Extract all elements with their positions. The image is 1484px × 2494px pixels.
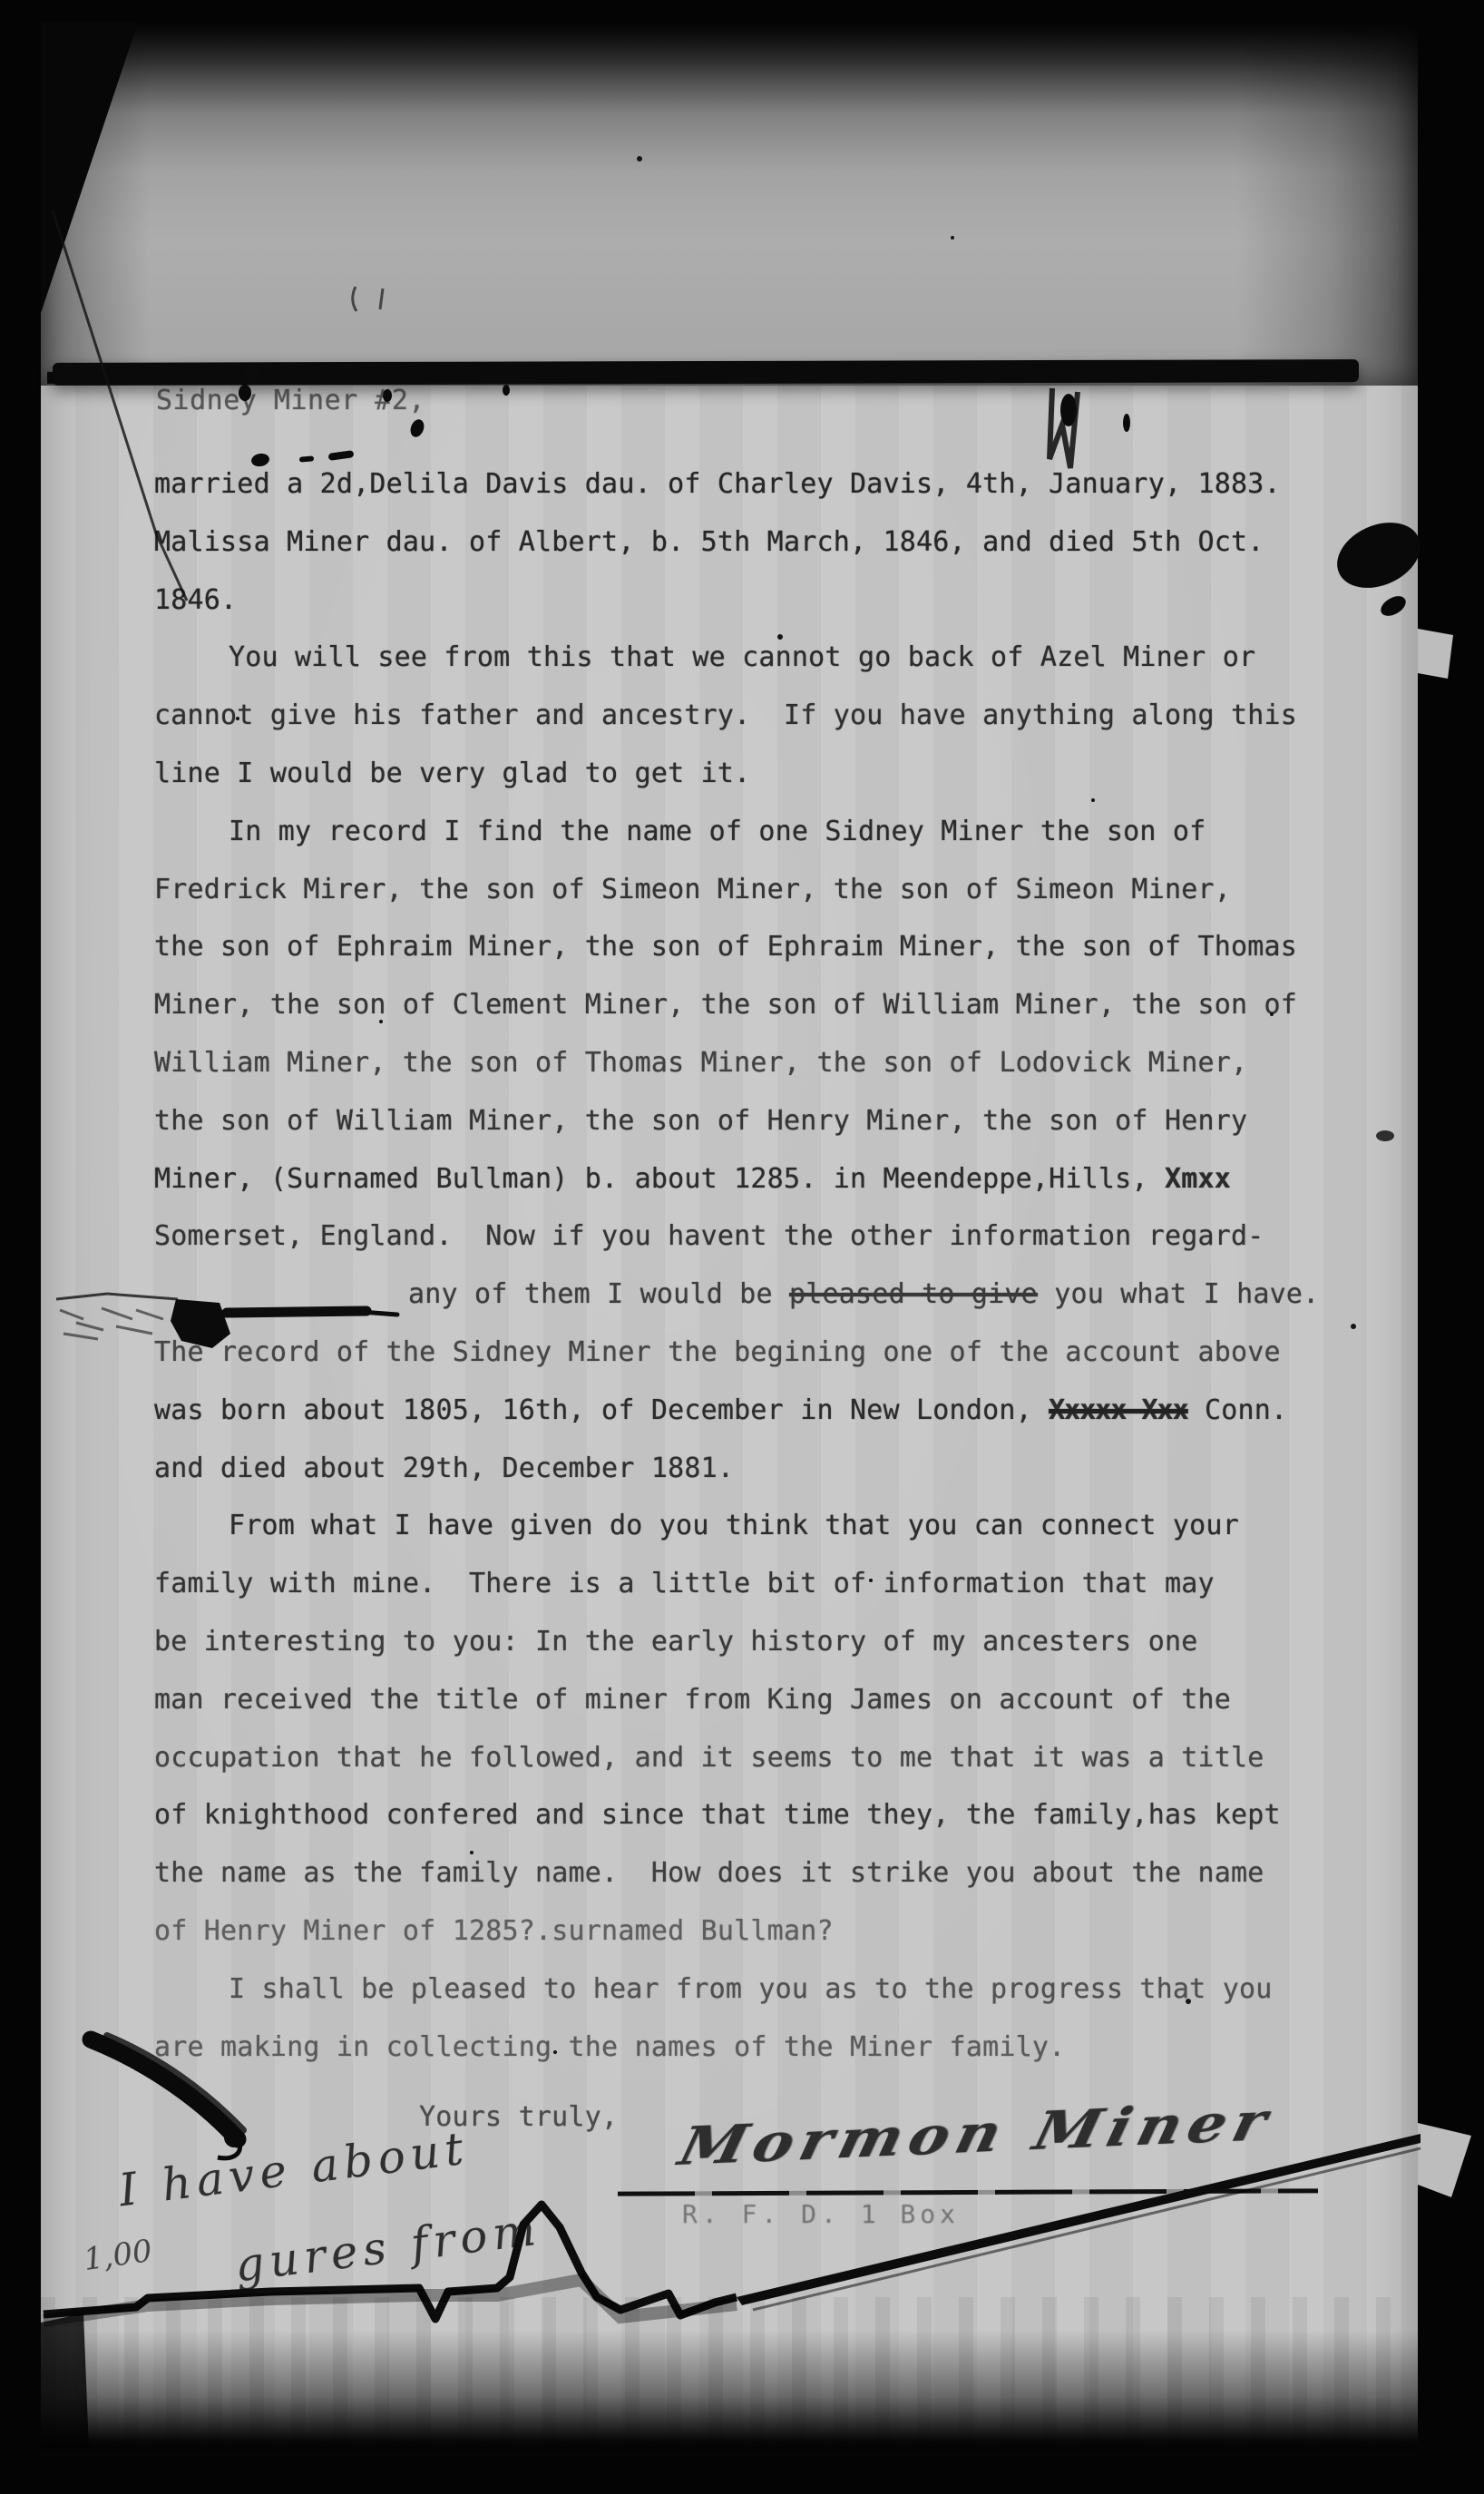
typed-line: be interesting to you: In the early hist…	[154, 1613, 1333, 1671]
typed-segment: cannot give his father and ancestry. If …	[154, 699, 1297, 731]
typed-segment: any of them I would be	[408, 1278, 789, 1310]
scanned-letter-page: Sidney Miner #2, married a 2d,Delila Dav…	[0, 0, 1484, 2494]
typed-segment: are making in collecting the names of th…	[154, 2031, 1065, 2063]
typed-segment: Conn.	[1188, 1394, 1288, 1426]
typed-segment: was born about 1805, 16th, of December i…	[154, 1394, 1049, 1426]
typed-segment: I shall be pleased to hear from you as t…	[229, 1973, 1272, 2005]
typed-line: I shall be pleased to hear from you as t…	[154, 1961, 1333, 2019]
typed-segment: You will see from this that we cannot go…	[229, 641, 1255, 673]
typed-line: the son of Ephraim Miner, the son of Eph…	[154, 918, 1333, 976]
typed-segment: the son of William Miner, the son of Hen…	[154, 1105, 1247, 1137]
typed-segment: Malissa Miner dau. of Albert, b. 5th Mar…	[154, 526, 1264, 558]
typed-line: In my record I find the name of one Sidn…	[154, 803, 1333, 861]
typed-line: and died about 29th, December 1881.	[154, 1440, 1333, 1498]
ink-smear-band	[53, 359, 1359, 386]
typed-line: You will see from this that we cannot go…	[154, 629, 1333, 687]
typed-line: any of them I would be pleased to give y…	[154, 1266, 1333, 1324]
typed-segment: William Miner, the son of Thomas Miner, …	[154, 1047, 1247, 1079]
typed-line: the name as the family name. How does it…	[154, 1844, 1333, 1902]
typed-line: Miner, the son of Clement Miner, the son…	[154, 976, 1333, 1034]
typed-segment: pleased to give	[789, 1278, 1038, 1310]
typed-segment: the son of Ephraim Miner, the son of Eph…	[154, 931, 1297, 963]
typed-segment: Miner, (Surnamed Bullman) b. about 1285.…	[154, 1163, 1165, 1195]
typed-segment: 1846.	[154, 584, 237, 616]
typed-line: are making in collecting the names of th…	[154, 2019, 1333, 2077]
typed-segment: Xxxxx Xxx	[1049, 1394, 1188, 1426]
typed-segment: Somerset, England. Now if you havent the…	[154, 1220, 1264, 1252]
typed-line: Miner, (Surnamed Bullman) b. about 1285.…	[154, 1150, 1333, 1208]
typed-line: Somerset, England. Now if you havent the…	[154, 1208, 1333, 1266]
typed-line: was born about 1805, 16th, of December i…	[154, 1382, 1333, 1440]
typed-lines: married a 2d,Delila Davis dau. of Charle…	[154, 455, 1333, 2076]
typed-segment: of knighthood confered and since that ti…	[154, 1799, 1281, 1831]
page-label: Sidney Miner #2,	[156, 385, 425, 416]
typed-segment: you what I have.	[1038, 1278, 1319, 1310]
typed-segment: the name as the family name. How does it…	[154, 1857, 1264, 1889]
address-line: R. F. D. 1 Box	[682, 2199, 960, 2229]
typed-line: the son of William Miner, the son of Hen…	[154, 1092, 1333, 1150]
typed-line: family with mine. There is a little bit …	[154, 1555, 1333, 1613]
typed-segment: married a 2d,Delila Davis dau. of Charle…	[154, 468, 1281, 500]
typed-segment: From what I have given do you think that…	[229, 1510, 1239, 1541]
typed-line: man received the title of miner from Kin…	[154, 1671, 1333, 1729]
typed-line: Malissa Miner dau. of Albert, b. 5th Mar…	[154, 513, 1333, 572]
typed-line: The record of the Sidney Miner the begin…	[154, 1324, 1333, 1382]
typed-line: line I would be very glad to get it.	[154, 745, 1333, 803]
typed-line: William Miner, the son of Thomas Miner, …	[154, 1034, 1333, 1092]
typed-segment: and died about 29th, December 1881.	[154, 1452, 734, 1484]
typed-line: cannot give his father and ancestry. If …	[154, 687, 1333, 745]
typed-line: of knighthood confered and since that ti…	[154, 1786, 1333, 1844]
typed-segment: Xmxx	[1165, 1163, 1231, 1195]
typed-line: occupation that he followed, and it seem…	[154, 1729, 1333, 1787]
typed-line: 1846.	[154, 572, 1333, 630]
typed-line: of Henry Miner of 1285?.surnamed Bullman…	[154, 1902, 1333, 1961]
typed-line: married a 2d,Delila Davis dau. of Charle…	[154, 455, 1333, 513]
typed-line: From what I have given do you think that…	[154, 1497, 1333, 1555]
typed-segment: be interesting to you: In the early hist…	[154, 1626, 1197, 1658]
top-smudge-block	[41, 23, 1418, 386]
typed-segment: line I would be very glad to get it.	[154, 758, 750, 789]
paper-protrusions	[1418, 629, 1471, 2197]
typed-segment: of Henry Miner of 1285?.surnamed Bullman…	[154, 1915, 834, 1947]
typed-segment: Miner, the son of Clement Miner, the son…	[154, 989, 1297, 1021]
typed-segment: family with mine. There is a little bit …	[154, 1568, 1215, 1599]
typed-segment: The record of the Sidney Miner the begin…	[154, 1336, 1281, 1368]
typed-line: Fredrick Mirer, the son of Simeon Miner,…	[154, 861, 1333, 919]
typed-segment: man received the title of miner from Kin…	[154, 1684, 1231, 1716]
bottom-shadow-fade	[41, 2330, 1418, 2450]
typed-segment: In my record I find the name of one Sidn…	[229, 816, 1206, 847]
typed-segment: occupation that he followed, and it seem…	[154, 1742, 1264, 1774]
typed-segment: Fredrick Mirer, the son of Simeon Miner,…	[154, 874, 1231, 905]
